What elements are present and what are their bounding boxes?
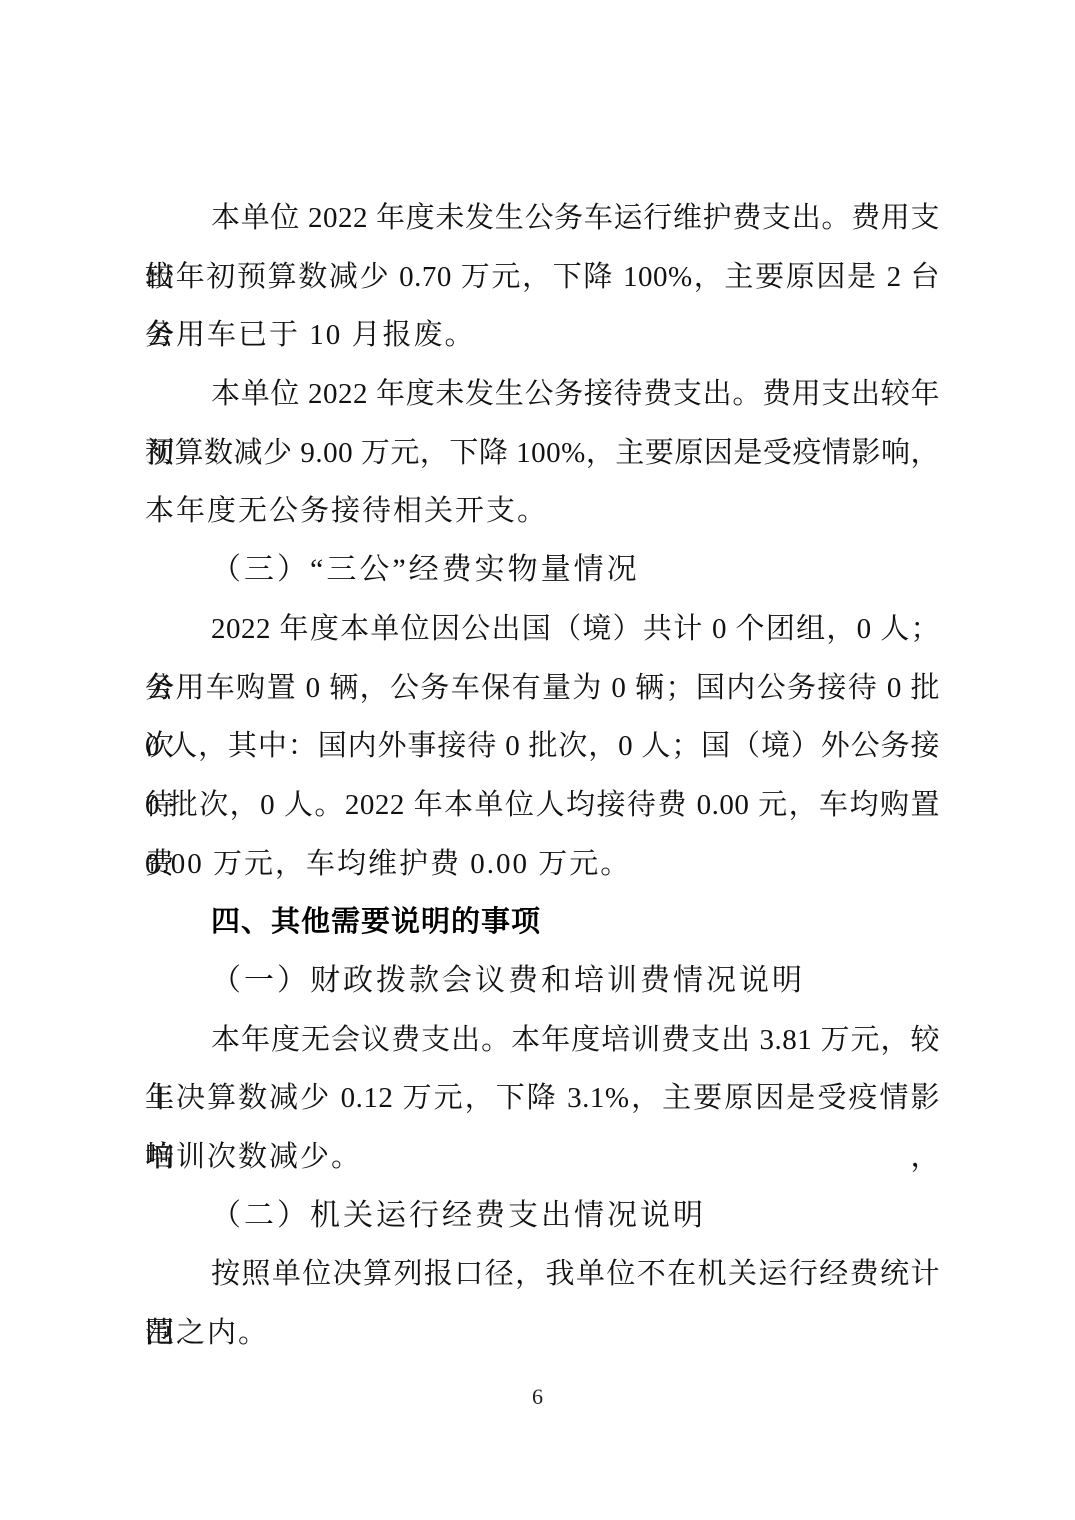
operating-expense-line-1: 按照单位决算列报口径，我单位不在机关运行经费统计范 (145, 1245, 940, 1304)
vehicle-paragraph-line-1: 本单位 2022 年度未发生公务车运行维护费支出。费用支出 (145, 189, 940, 248)
physical-quantity-line-3: 0 人，其中：国内外事接待 0 批次，0 人；国（境）外公务接待 (145, 717, 940, 776)
meeting-training-line-2: 年决算数减少 0.12 万元，下降 3.1%，主要原因是受疫情影响， (145, 1069, 940, 1128)
heading-three-public-physical-quantity: （三）“三公”经费实物量情况 (145, 541, 940, 600)
physical-quantity-line-5: 0.00 万元，车均维护费 0.00 万元。 (145, 835, 940, 894)
page-number: 6 (0, 1382, 1075, 1412)
document-body: 本单位 2022 年度未发生公务车运行维护费支出。费用支出 较年初预算数减少 0… (145, 189, 940, 1363)
meeting-training-line-1: 本年度无会议费支出。本年度培训费支出 3.81 万元，较上 (145, 1011, 940, 1070)
vehicle-paragraph-line-2: 较年初预算数减少 0.70 万元，下降 100%，主要原因是 2 台公 (145, 248, 940, 307)
reception-paragraph-line-2: 预算数减少 9.00 万元，下降 100%，主要原因是受疫情影响， (145, 424, 940, 483)
operating-expense-line-2: 围之内。 (145, 1304, 940, 1363)
heading-meeting-training-expense: （一）财政拨款会议费和培训费情况说明 (145, 952, 940, 1011)
physical-quantity-line-2: 务用车购置 0 辆，公务车保有量为 0 辆；国内公务接待 0 批次 (145, 659, 940, 718)
physical-quantity-line-4: 0 批次，0 人。2022 年本单位人均接待费 0.00 元，车均购置费 (145, 776, 940, 835)
vehicle-paragraph-line-3: 务用车已于 10 月报废。 (145, 306, 940, 365)
reception-paragraph-line-1: 本单位 2022 年度未发生公务接待费支出。费用支出较年初 (145, 365, 940, 424)
physical-quantity-line-1: 2022 年度本单位因公出国（境）共计 0 个团组，0 人；公 (145, 600, 940, 659)
heading-other-items: 四、其他需要说明的事项 (145, 893, 940, 952)
reception-paragraph-line-3: 本年度无公务接待相关开支。 (145, 482, 940, 541)
heading-agency-operating-expense: （二）机关运行经费支出情况说明 (145, 1187, 940, 1246)
document-page: 本单位 2022 年度未发生公务车运行维护费支出。费用支出 较年初预算数减少 0… (0, 0, 1075, 1520)
